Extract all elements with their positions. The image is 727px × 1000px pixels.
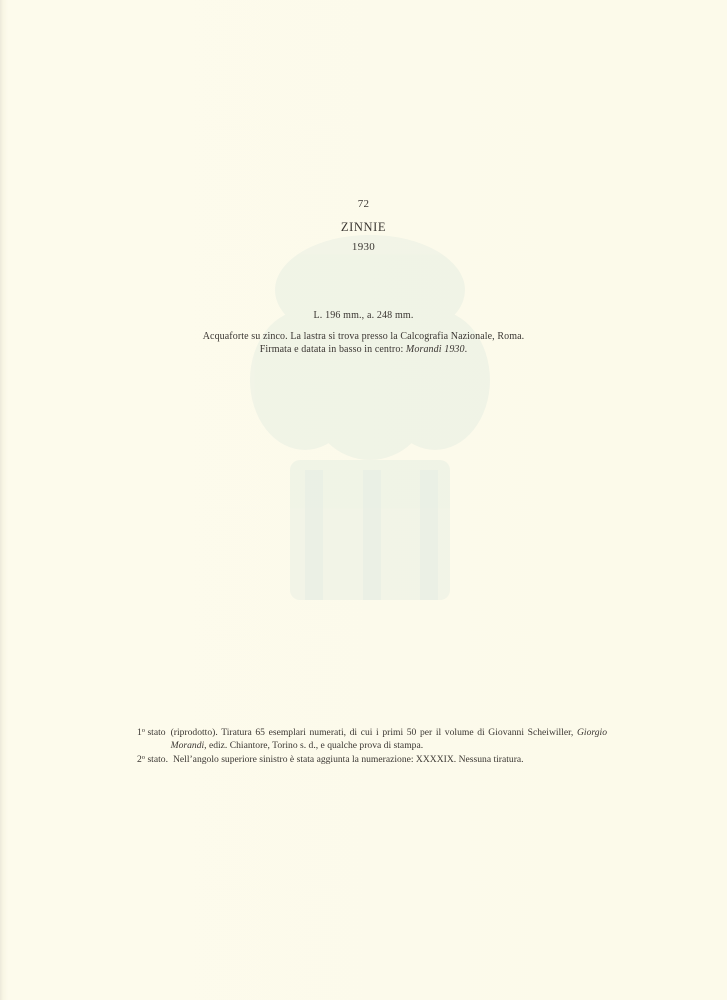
states-list: 1o stato (riprodotto). Tiratura 65 esemp… bbox=[137, 727, 607, 769]
signature-description-suffix: . bbox=[465, 344, 468, 355]
catalogue-page: 72 ZINNIE 1930 L. 196 mm., a. 248 mm. Ac… bbox=[0, 0, 727, 1000]
state-label: 1o stato bbox=[137, 727, 166, 752]
signature-description-prefix: Firmata e datata in basso in centro: bbox=[260, 344, 406, 355]
state-text: Nell’angolo superiore sinistro è stata a… bbox=[173, 754, 607, 767]
plate-number: 72 bbox=[0, 198, 727, 210]
state-label-suffix: stato. bbox=[145, 754, 168, 765]
state-text-part: Nell’angolo superiore sinistro è stata a… bbox=[173, 754, 524, 765]
show-through-etching-image bbox=[245, 230, 495, 610]
technique-description: Acquaforte su zinco. La lastra si trova … bbox=[0, 331, 727, 342]
plate-title: ZINNIE bbox=[0, 220, 727, 235]
state-text-part: , ediz. Chiantore, Torino s. d., e qualc… bbox=[204, 740, 423, 751]
state-entry-2: 2o stato. Nell’angolo superiore sinistro… bbox=[137, 754, 607, 767]
signature-description: Firmata e datata in basso in centro: Mor… bbox=[0, 344, 727, 355]
state-text: (riprodotto). Tiratura 65 esemplari nume… bbox=[171, 727, 607, 752]
state-entry-1: 1o stato (riprodotto). Tiratura 65 esemp… bbox=[137, 727, 607, 752]
signature-text: Morandi 1930 bbox=[406, 344, 465, 355]
plate-dimensions: L. 196 mm., a. 248 mm. bbox=[0, 310, 727, 321]
plate-year: 1930 bbox=[0, 241, 727, 253]
zinnia-ghost-icon bbox=[245, 230, 495, 610]
state-label-suffix: stato bbox=[145, 727, 166, 738]
state-text-part: (riprodotto). Tiratura 65 esemplari nume… bbox=[171, 727, 577, 738]
state-label: 2o stato. bbox=[137, 754, 168, 767]
